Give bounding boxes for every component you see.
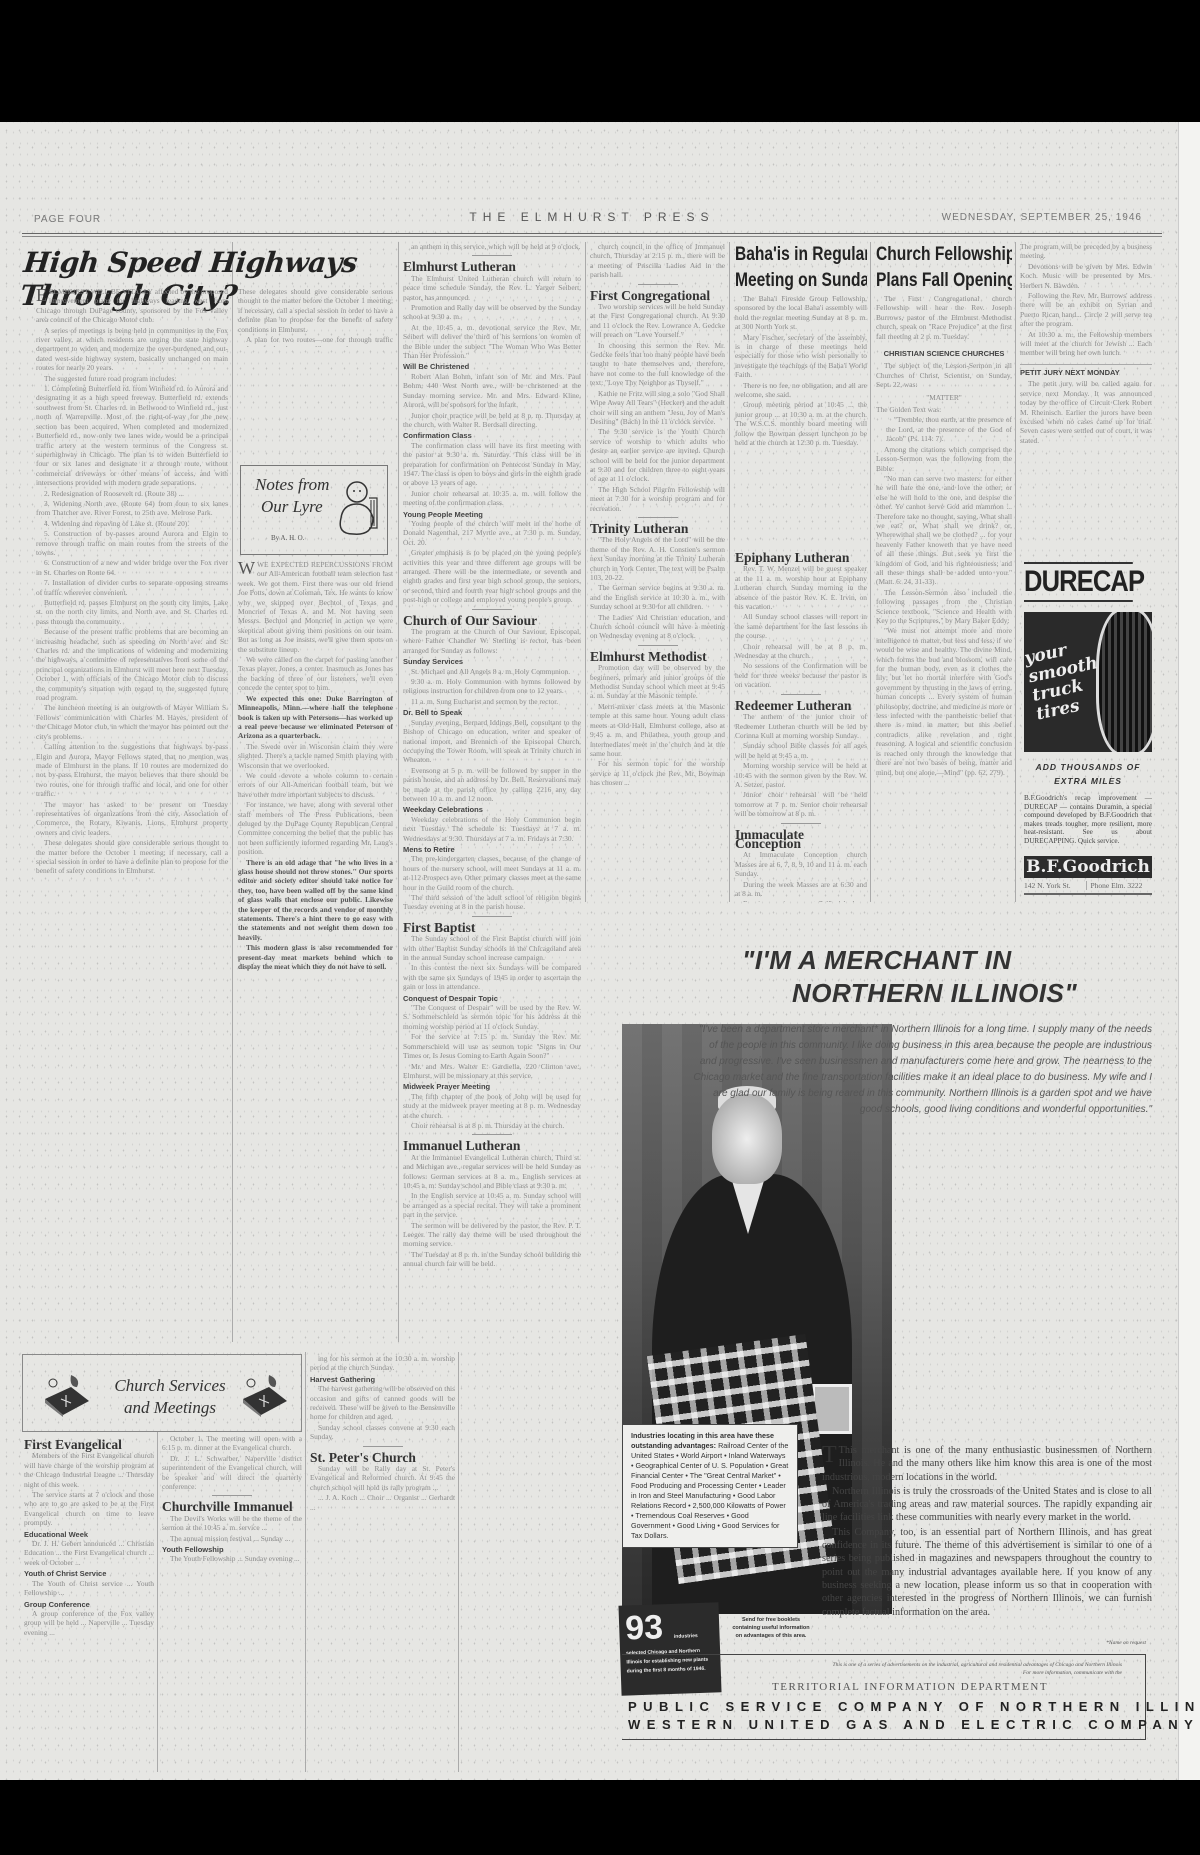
church-subheading: Youth of Christ Service [24, 1569, 154, 1578]
church-paragraph: In the English service at 10:45 a. m. Su… [403, 1191, 581, 1219]
church-heading: Church of Our Saviour [403, 616, 581, 625]
church-paragraph: Members of the First Evangelical church … [24, 1451, 154, 1489]
column-rule [157, 1432, 158, 1772]
church-paragraph: ing for his sermon at the 10:30 a. m. wo… [310, 1354, 455, 1373]
church-paragraph: No sessions of the Confirmation will be … [735, 661, 867, 689]
church-paragraph: Robert Alan Bohm, infant son of Mr. and … [403, 372, 581, 410]
merchant-ad-body: TThis merchant is one of the many enthus… [822, 1444, 1152, 1620]
section-divider [212, 1495, 252, 1496]
church-paragraph: The fifth chapter of the book of John wi… [403, 1092, 581, 1120]
church-subheading: Educational Week [24, 1530, 154, 1539]
church-paragraph: The Ladies' Aid Christian education, and… [590, 613, 725, 641]
church-paragraph: Choir rehearsal will be at 8 p. m. Wedne… [735, 642, 867, 661]
section-divider [638, 645, 678, 646]
church-paragraph: The pre-kindergarten classes, because of… [403, 854, 581, 892]
territorial-dept: TERRITORIAL INFORMATION DEPARTMENT [772, 1681, 1048, 1693]
church-paragraph: Weekday celebrations of the Holy Communi… [403, 815, 581, 843]
church-paragraph: Junior choir rehearsal will be held tomo… [735, 790, 867, 818]
church-subheading: Confirmation Class [403, 431, 581, 440]
newspaper-page: PAGE FOUR THE ELMHURST PRESS WEDNESDAY, … [0, 122, 1200, 1780]
section-divider [638, 517, 678, 518]
church-heading: First Congregational [590, 291, 725, 300]
church-paragraph: Sunday school classes convene at 9:30 ea… [310, 1423, 455, 1442]
church-paragraph: Mr. and Mrs. Walter E. Gardiella, 220 Cl… [403, 1062, 581, 1081]
column-rule [398, 242, 399, 1342]
scan-border-top [0, 0, 1200, 122]
church-paragraph: Junior choir practice will be held at 8 … [403, 411, 581, 430]
church-heading: Trinity Lutheran [590, 524, 725, 533]
church-news-bottom-col-3: ing for his sermon at the 10:30 a. m. wo… [310, 1354, 455, 1774]
church-paragraph: The program at the Church of Our Saviour… [403, 627, 581, 655]
church-paragraph: Greater emphasis is to be placed on the … [403, 548, 581, 604]
church-paragraph: Kathie ne Fritz will sing a solo "God Sh… [590, 389, 725, 427]
church-subheading: Conquest of Despair Topic [403, 994, 581, 1003]
issue-date: WEDNESDAY, SEPTEMBER 25, 1946 [942, 212, 1142, 223]
church-subheading: Harvest Gathering [310, 1375, 455, 1384]
church-paragraph: Sunday will be Rally day at St. Peter's … [310, 1464, 455, 1492]
church-fellowship-story: Church Fellowship Plans Fall Opening The… [876, 242, 1012, 902]
church-subheading: Mens to Retire [403, 845, 581, 854]
church-subheading: Group Conference [24, 1600, 154, 1609]
church-paragraph: The Youth Fellowship ... Sunday evening … [162, 1554, 302, 1563]
column-rule [305, 1352, 306, 1772]
notes-column-body: WWE EXPECTED REPERCUSSIONS FROM our All-… [238, 560, 393, 1340]
church-paragraph: The harvest gathering will be observed o… [310, 1384, 455, 1422]
church-subheading: Young People Meeting [403, 510, 581, 519]
church-paragraph: At the 10:45 a. m. devotional service th… [403, 323, 581, 361]
church-subheading: Dr. Bell to Speak [403, 708, 581, 717]
bfgoodrich-logo: B.F.Goodrich [1024, 856, 1152, 878]
church-paragraph: A group conference of the Fox valley gro… [24, 1609, 154, 1637]
fellowship-headline: Church Fellowship Plans Fall Opening [876, 242, 988, 294]
church-news-col-c: Epiphany LutheranRev. T. W. Menzel will … [735, 547, 867, 902]
durecap-ad: DURECAP your smooth truck tires ADD THOU… [1024, 562, 1152, 902]
church-paragraph: Evening services are at 7:45 o'clock on … [735, 899, 867, 902]
durecap-tagline: ADD THOUSANDS OF EXTRA MILES [1024, 760, 1152, 788]
church-paragraph: Sunday evening, Bernard Iddings Bell, co… [403, 718, 581, 765]
church-paragraph: The 9:30 service is the Youth Church ser… [590, 427, 725, 483]
section-divider [781, 823, 821, 824]
bahai-headline: Baha'is in Regular Meeting on Sunday [735, 242, 843, 294]
section-divider [472, 255, 512, 256]
church-subheading: Youth Fellowship [162, 1545, 302, 1554]
company-signature-box: This is one of a series of advertisement… [622, 1654, 1146, 1740]
church-paragraph: For his sermon topic for the worship ser… [590, 759, 725, 787]
section-divider [472, 916, 512, 917]
church-subheading: Midweek Prayer Meeting [403, 1082, 581, 1091]
column-rule [729, 242, 730, 902]
church-paragraph: In this contest the next six Sundays wil… [403, 963, 581, 991]
church-paragraph: Merri-mixer class meets at the Masonic t… [590, 702, 725, 758]
church-news-col-b: church council in the office of Immanuel… [590, 242, 725, 902]
tire-icon [1096, 612, 1152, 752]
church-news-col-a: an anthem in this service, which will be… [403, 242, 581, 1352]
notes-byline: By A. H. O. [271, 534, 304, 542]
church-paragraph: Dr. J. H. Gebert announced ... Christian… [24, 1539, 154, 1567]
church-paragraph: The High School Pilgrim Fellowship will … [590, 485, 725, 513]
church-heading: Elmhurst Methodist [590, 652, 725, 661]
merchant-ad-headline: "I'M A MERCHANT IN NORTHERN ILLINOIS" [742, 944, 1152, 1010]
church-paragraph: October 1. The meeting will open with a … [162, 1434, 302, 1453]
church-news-bottom-col-1: First EvangelicalMembers of the First Ev… [24, 1434, 154, 1774]
paper-name: THE ELMHURST PRESS [392, 210, 792, 224]
section-divider [781, 694, 821, 695]
church-news-bottom-col-2: October 1. The meeting will open with a … [162, 1434, 302, 1774]
church-paragraph: ... J. A. Koch ... Choir ... Organist ..… [310, 1493, 455, 1512]
highway-story-col-1: EELMHURST WILL BE VITALLY affected by th… [36, 287, 228, 1342]
page-edge [1178, 122, 1200, 1780]
church-paragraph: Dr. J. L. Schwarber, Naperville district… [162, 1454, 302, 1492]
church-paragraph: Young people of the church will meet in … [403, 519, 581, 547]
church-services-banner: Church Services and Meetings [22, 1354, 302, 1432]
column-rule [585, 242, 586, 902]
church-heading: Immanuel Lutheran [403, 1141, 581, 1150]
dealer-address: 142 N. York St. Phone Elm. 3222 [1024, 878, 1152, 895]
church-paragraph: The Tuesday at 8 p. m. in the Sunday sch… [403, 1250, 581, 1269]
church-paragraph: At the Immanuel Evangelical Lutheran chu… [403, 1153, 581, 1191]
church-paragraph: 9:30 a. m. Holy Communion with hymns fol… [403, 677, 581, 696]
church-paragraph: Evensong at 5 p. m. will be followed by … [403, 766, 581, 804]
notes-column-header: Notes from Our Lyre By A. H. O. [240, 465, 388, 555]
section-divider [638, 284, 678, 285]
church-paragraph: Sunday school Bible classes for all ages… [735, 741, 867, 760]
church-paragraph: The anthem of the junior choir of Redeem… [735, 712, 867, 740]
send-booklets-text: Send for free booklets containing useful… [730, 1616, 812, 1640]
church-paragraph: church council in the office of Immanuel… [590, 242, 725, 280]
church-paragraph: The service starts at 7 o'clock and thos… [24, 1490, 154, 1528]
advantages-box: Industries locating in this area have th… [622, 1424, 798, 1548]
church-paragraph: The Sunday school of the First Baptist c… [403, 934, 581, 962]
bible-icon [41, 1373, 93, 1417]
petit-jury-heading: PETIT JURY NEXT MONDAY [1020, 364, 1152, 377]
merchant-quote: "I've been a department store merchant* … [692, 1022, 1152, 1118]
church-paragraph: Morning worship service will be held at … [735, 761, 867, 789]
church-heading: Immaculate Conception [735, 830, 867, 849]
church-paragraph: The German service begins at 9:30 a. m. … [590, 583, 725, 611]
company-name-2: WESTERN UNITED GAS AND ELECTRIC COMPANY [628, 1717, 1199, 1732]
church-heading: Epiphany Lutheran [735, 553, 867, 562]
column-rule [870, 242, 871, 902]
christian-science-heading: CHRISTIAN SCIENCE CHURCHES [876, 349, 1012, 358]
church-heading: Elmhurst Lutheran [403, 262, 581, 271]
church-heading: First Evangelical [24, 1440, 154, 1449]
church-subheading: Sunday Services [403, 657, 581, 666]
church-paragraph: All Sunday school classes will report in… [735, 612, 867, 640]
church-heading: Churchville Immanuel [162, 1502, 302, 1511]
church-paragraph: Rev. T. W. Menzel will be guest speaker … [735, 564, 867, 611]
church-paragraph: In choosing this sermon the Rev. Mr. Ged… [590, 341, 725, 388]
church-paragraph: The sermon will be delivered by the past… [403, 1221, 581, 1249]
name-on-request: *Name on request [1106, 1640, 1146, 1646]
section-divider [363, 1446, 403, 1447]
church-paragraph: The Elmhurst United Lutheran church will… [403, 274, 581, 302]
church-paragraph: "The Holy Angels of the Lord" will be th… [590, 535, 725, 582]
church-paragraph: "The Conquest of Despair" will be used b… [403, 1003, 581, 1031]
masthead-rule [22, 233, 1162, 237]
church-paragraph: For the service at 7:15 p. m. Sunday the… [403, 1032, 581, 1060]
column-rule [232, 242, 233, 1342]
church-subheading: Will Be Christened [403, 362, 581, 371]
church-paragraph: an anthem in this service, which will be… [403, 242, 581, 251]
church-paragraph: St. Michael and All Angels 8 a. m. Holy … [403, 667, 581, 676]
scan-border-bottom [0, 1780, 1200, 1855]
far-right-column: The program will be preceded by a busine… [1020, 242, 1152, 560]
cherub-lyre-icon [333, 478, 379, 538]
column-rule [1015, 242, 1016, 902]
church-heading: Redeemer Lutheran [735, 701, 867, 710]
section-divider [472, 609, 512, 610]
durecap-body: B.F.Goodrich's recap improvement — DUREC… [1024, 794, 1152, 846]
church-paragraph: Promotion and Rally day will be observed… [403, 303, 581, 322]
church-paragraph: 11 a. m. Sung Eucharist and sermon by th… [403, 697, 581, 706]
church-paragraph: During the week Masses are at 6:30 and a… [735, 880, 867, 899]
church-paragraph: Junior choir rehearsal at 10:35 a. m. wi… [403, 489, 581, 508]
church-paragraph: The Devil's Works will be the theme of t… [162, 1514, 302, 1533]
church-paragraph: Choir rehearsal is at 8 p. m. Thursday a… [403, 1121, 581, 1130]
church-paragraph: The Youth of Christ service ... Youth Fe… [24, 1579, 154, 1598]
durecap-logo: DURECAP [1024, 562, 1133, 602]
bahai-story: Baha'is in Regular Meeting on Sunday The… [735, 242, 867, 542]
truck-tire-image: your smooth truck tires [1024, 612, 1152, 752]
church-paragraph: At Immaculate Conception church Masses a… [735, 850, 867, 878]
church-paragraph: Promotion day will be observed by the be… [590, 663, 725, 701]
public-service-ad: "I'M A MERCHANT IN NORTHERN ILLINOIS" "I… [622, 904, 1162, 1766]
highway-story-col-2: These delegates should give considerable… [238, 287, 393, 347]
bible-icon [239, 1373, 291, 1417]
page-label: PAGE FOUR [34, 214, 101, 225]
highway-lead-caps: ELMHURST WILL BE VITALLY [49, 287, 153, 296]
church-heading: St. Peter's Church [310, 1453, 455, 1462]
company-name-1: PUBLIC SERVICE COMPANY OF NORTHERN ILLIN… [628, 1699, 1200, 1714]
column-rule [458, 1352, 459, 1772]
church-paragraph: Two worship services will be held Sunday… [590, 302, 725, 340]
church-subheading: Weekday Celebrations [403, 805, 581, 814]
church-paragraph: The annual mission festival ... Sunday .… [162, 1534, 302, 1543]
church-paragraph: The confirmation class will have its fir… [403, 441, 581, 488]
section-divider [472, 1134, 512, 1135]
church-heading: First Baptist [403, 923, 581, 932]
church-paragraph: The third session of the adult school of… [403, 893, 581, 912]
